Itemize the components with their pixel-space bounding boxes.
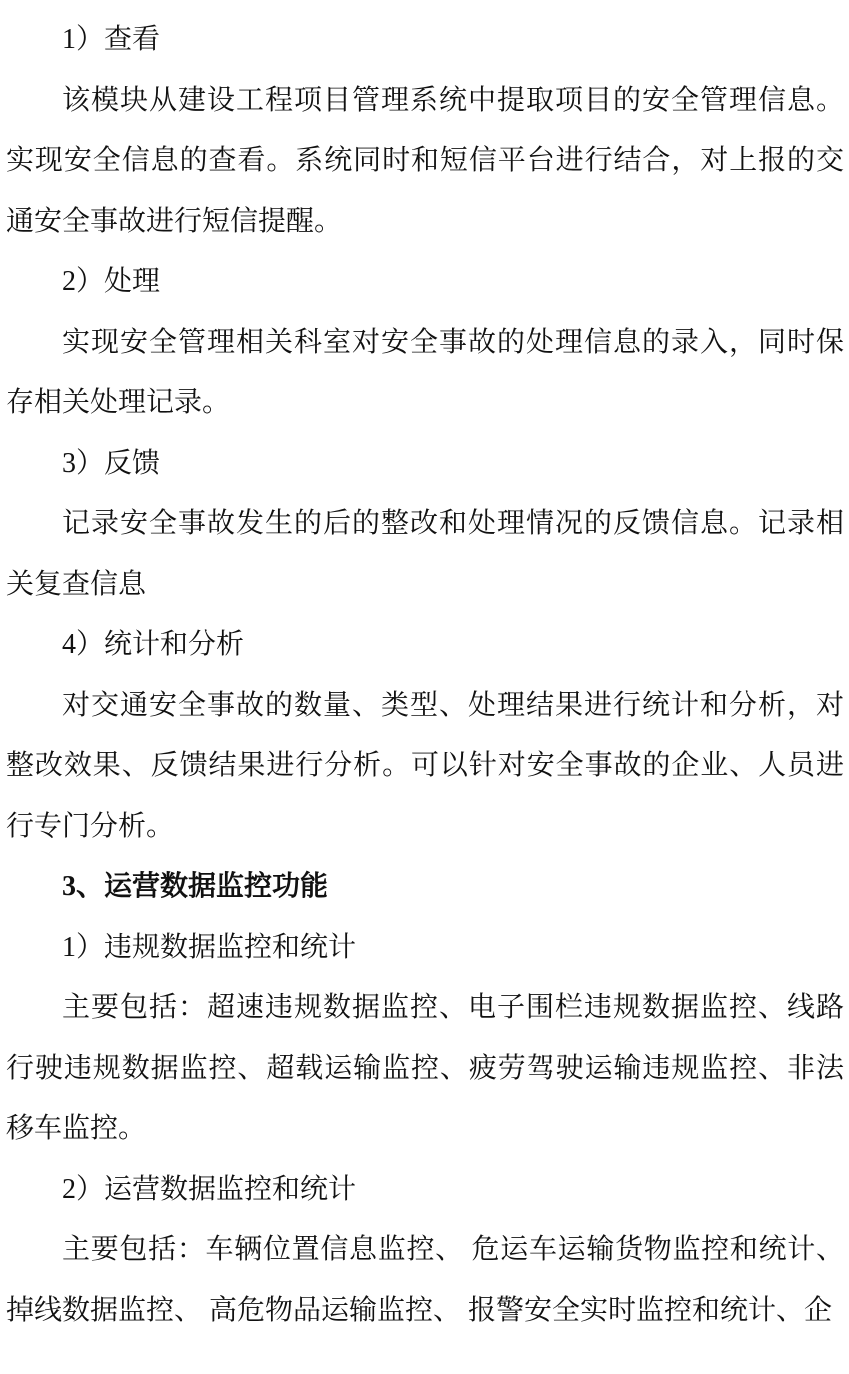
list-item-heading-statistics: 4）统计和分析: [6, 615, 844, 676]
paragraph-process-description: 实现安全管理相关科室对安全事故的处理信息的录入，同时保存相关处理记录。: [6, 313, 844, 434]
list-item-heading-violation-monitoring: 1）违规数据监控和统计: [6, 918, 844, 979]
paragraph-operation-monitoring-description: 主要包括：车辆位置信息监控、 危运车运输货物监控和统计、掉线数据监控、 高危物品…: [6, 1220, 844, 1341]
paragraph-feedback-description: 记录安全事故发生的后的整改和处理情况的反馈信息。记录相关复查信息: [6, 494, 844, 615]
paragraph-view-description: 该模块从建设工程项目管理系统中提取项目的安全管理信息。实现安全信息的查看。系统同…: [6, 71, 844, 253]
paragraph-statistics-description: 对交通安全事故的数量、类型、处理结果进行统计和分析，对整改效果、反馈结果进行分析…: [6, 676, 844, 858]
section-heading-operation-data-monitoring: 3、运营数据监控功能: [6, 857, 844, 918]
list-item-heading-view: 1）查看: [6, 10, 844, 71]
list-item-heading-process: 2）处理: [6, 252, 844, 313]
paragraph-violation-monitoring-description: 主要包括：超速违规数据监控、电子围栏违规数据监控、线路行驶违规数据监控、超载运输…: [6, 978, 844, 1160]
list-item-heading-feedback: 3）反馈: [6, 434, 844, 495]
document-page: 1）查看 该模块从建设工程项目管理系统中提取项目的安全管理信息。实现安全信息的查…: [0, 0, 849, 1374]
list-item-heading-operation-monitoring: 2）运营数据监控和统计: [6, 1160, 844, 1221]
